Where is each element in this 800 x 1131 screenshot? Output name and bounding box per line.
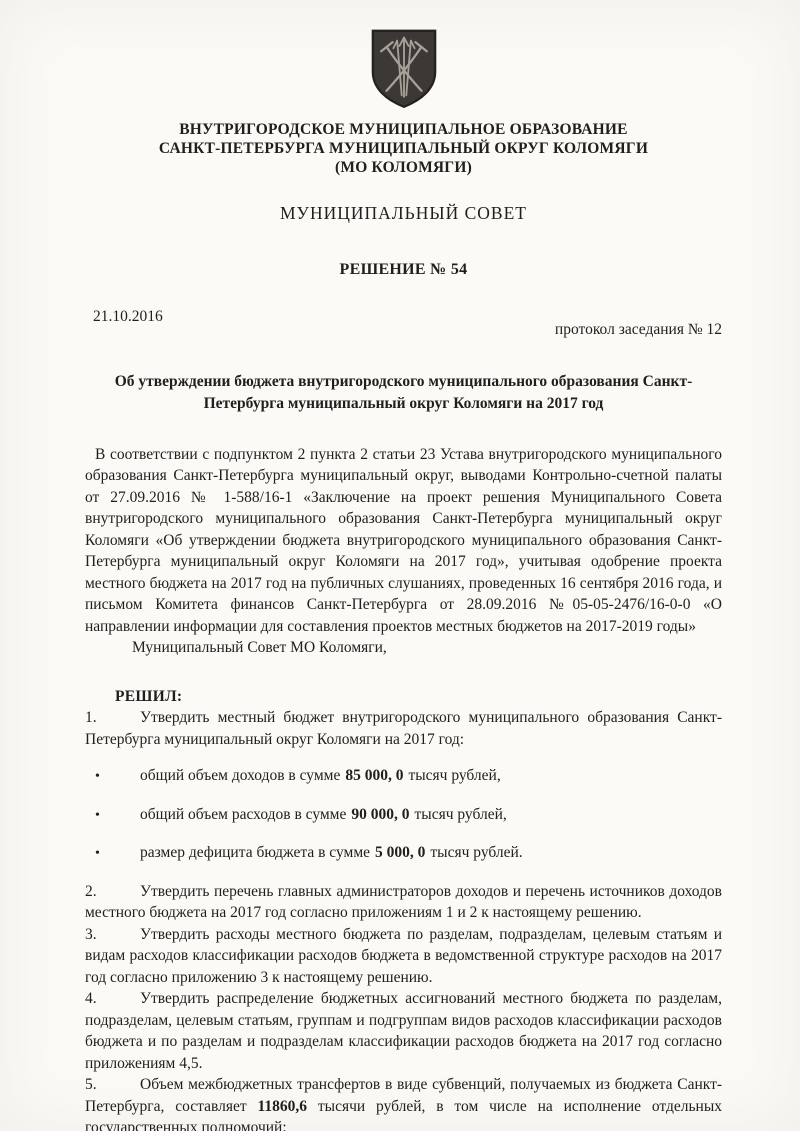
bullet-unit: тысяч рублей,: [408, 767, 500, 784]
budget-bullet-list: •общий объем доходов в сумме85 000, 0тыс…: [85, 765, 722, 865]
item-number: 3.: [85, 924, 140, 946]
resolution-item-2: 2.Утвердить перечень главных администрат…: [85, 881, 722, 924]
decision-number-heading: РЕШЕНИЕ № 54: [85, 259, 722, 281]
resolution-item-5: 5.Объем межбюджетных трансфертов в виде …: [85, 1074, 722, 1131]
org-name-line3: (МО КОЛОМЯГИ): [85, 158, 722, 177]
org-name-line1: ВНУТРИГОРОДСКОЕ МУНИЦИПАЛЬНОЕ ОБРАЗОВАНИ…: [85, 120, 722, 139]
bullet-amount: 85 000, 0: [340, 767, 408, 784]
bullet-marker: •: [85, 843, 140, 865]
bullet-label: общий объем доходов в сумме: [140, 767, 340, 784]
resolution-item-3: 3.Утвердить расходы местного бюджета по …: [85, 924, 722, 989]
item-text: Утвердить перечень главных администратор…: [85, 883, 722, 922]
bullet-deficit: •размер дефицита бюджета в сумме5 000, 0…: [85, 842, 722, 865]
item-number: 5.: [85, 1074, 140, 1096]
bullet-label: размер дефицита бюджета в сумме: [140, 844, 370, 861]
item-number: 4.: [85, 988, 140, 1010]
shield-crossed-sabers-icon: [366, 26, 442, 110]
item-number: 1.: [85, 707, 140, 729]
council-title: МУНИЦИПАЛЬНЫЙ СОВЕТ: [85, 203, 722, 225]
decision-date: 21.10.2016: [93, 306, 163, 328]
bullet-label: общий объем расходов в сумме: [140, 806, 346, 823]
bullet-revenues: •общий объем доходов в сумме85 000, 0тыс…: [85, 765, 722, 788]
bullet-marker: •: [85, 766, 140, 788]
bullet-amount: 90 000, 0: [346, 806, 414, 823]
item-number: 2.: [85, 881, 140, 903]
item-text: Утвердить расходы местного бюджета по ра…: [85, 926, 722, 986]
preamble-paragraph: В соответствии с подпунктом 2 пункта 2 с…: [85, 444, 722, 638]
decision-meta-row: 21.10.2016 протокол заседания № 12: [85, 306, 722, 341]
coat-of-arms: [85, 26, 722, 112]
resolved-heading: РЕШИЛ:: [85, 686, 722, 708]
bullet-unit: тысяч рублей.: [430, 844, 522, 861]
preamble-closing: Муниципальный Совет МО Коломяги,: [85, 637, 722, 659]
bullet-amount: 5 000, 0: [370, 844, 430, 861]
org-name-block: ВНУТРИГОРОДСКОЕ МУНИЦИПАЛЬНОЕ ОБРАЗОВАНИ…: [85, 120, 722, 177]
decision-subject-title: Об утверждении бюджета внутригородского …: [91, 371, 716, 415]
protocol-number: протокол заседания № 12: [555, 319, 722, 341]
bullet-expenditures: •общий объем расходов в сумме90 000, 0ты…: [85, 804, 722, 827]
bullet-unit: тысяч рублей,: [415, 806, 507, 823]
transfer-amount: 11860,6: [257, 1098, 307, 1115]
bullet-marker: •: [85, 805, 140, 827]
item-text: Утвердить распределение бюджетных ассигн…: [85, 990, 722, 1072]
resolution-item-4: 4.Утвердить распределение бюджетных асси…: [85, 988, 722, 1074]
item-text: Утвердить местный бюджет внутригородског…: [85, 709, 722, 748]
document-page: ВНУТРИГОРОДСКОЕ МУНИЦИПАЛЬНОЕ ОБРАЗОВАНИ…: [0, 0, 800, 1131]
org-name-line2: САНКТ-ПЕТЕРБУРГА МУНИЦИПАЛЬНЫЙ ОКРУГ КОЛ…: [85, 139, 722, 158]
resolution-item-1: 1.Утвердить местный бюджет внутригородск…: [85, 707, 722, 750]
